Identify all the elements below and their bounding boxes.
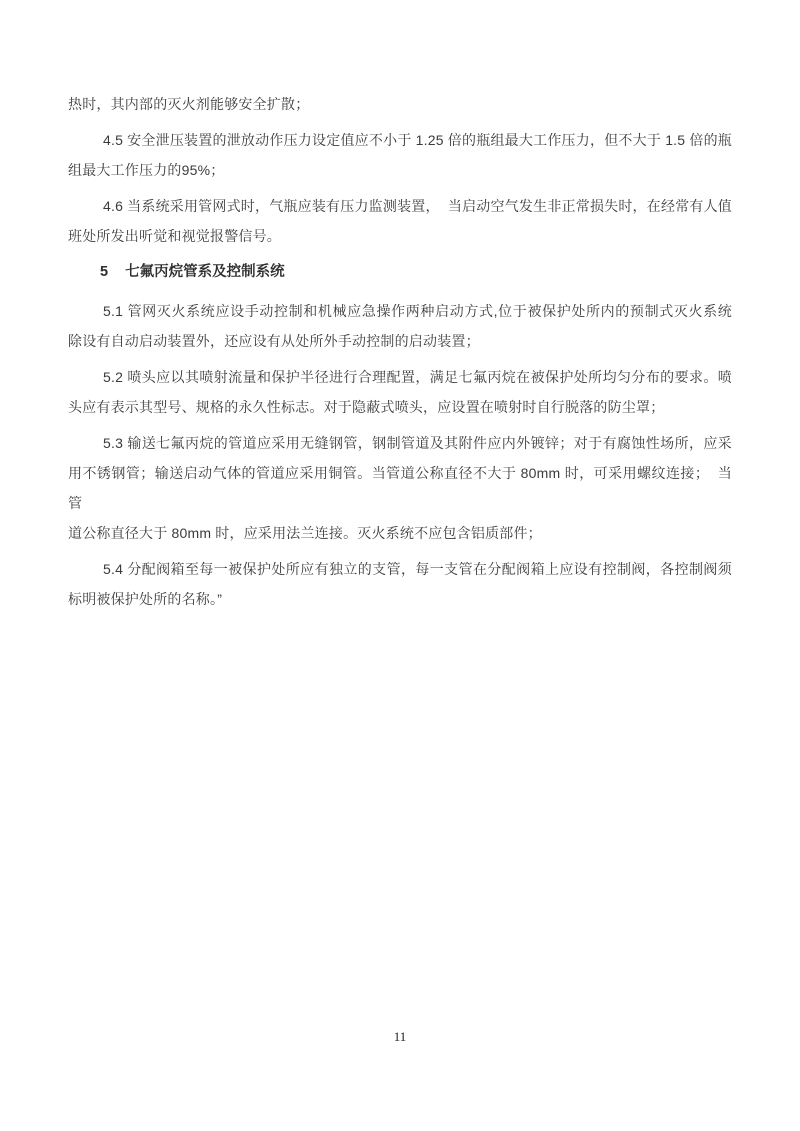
paragraph-4-5: 4.5 安全泄压装置的泄放动作压力设定值应不小于 1.25 倍的瓶组最大工作压力… xyxy=(68,125,732,185)
text-line: 用不锈钢管；输送启动气体的管道应采用铜管。当管道公称直径不大于 80mm 时，可… xyxy=(68,458,732,518)
page-number: 11 xyxy=(394,1029,407,1044)
text-line: 班处所发出听觉和视觉报警信号。 xyxy=(68,221,732,251)
paragraph-4-6: 4.6 当系统采用管网式时，气瓶应装有压力监测装置， 当启动空气发生非正常损失时… xyxy=(68,191,732,251)
text-line: 5.4 分配阀箱至每一被保护处所应有独立的支管，每一支管在分配阀箱上应设有控制阀… xyxy=(68,554,732,584)
paragraph-4-4-continuation: 热时，其内部的灭火剂能够安全扩散； xyxy=(68,89,732,119)
paragraph-5-4: 5.4 分配阀箱至每一被保护处所应有独立的支管，每一支管在分配阀箱上应设有控制阀… xyxy=(68,554,732,614)
text-line: 除设有自动启动装置外，还应设有从处所外手动控制的启动装置； xyxy=(68,326,732,356)
text-line: 标明被保护处所的名称。” xyxy=(68,584,732,614)
text-line: 道公称直径大于 80mm 时，应采用法兰连接。灭火系统不应包含铝质部件； xyxy=(68,518,732,548)
paragraph-5-1: 5.1 管网灭火系统应设手动控制和机械应急操作两种启动方式,位于被保护处所内的预… xyxy=(68,296,732,356)
section-heading-5: 5七氟丙烷管系及控制系统 xyxy=(68,257,732,287)
text-line: 5.3 输送七氟丙烷的管道应采用无缝钢管，钢制管道及其附件应内外镀锌；对于有腐蚀… xyxy=(68,428,732,458)
document-page: 热时，其内部的灭火剂能够安全扩散； 4.5 安全泄压装置的泄放动作压力设定值应不… xyxy=(0,0,800,1131)
text-line: 5.1 管网灭火系统应设手动控制和机械应急操作两种启动方式,位于被保护处所内的预… xyxy=(68,296,732,326)
paragraph-5-3: 5.3 输送七氟丙烷的管道应采用无缝钢管，钢制管道及其附件应内外镀锌；对于有腐蚀… xyxy=(68,428,732,548)
section-title: 七氟丙烷管系及控制系统 xyxy=(125,264,285,280)
text-line: 热时，其内部的灭火剂能够安全扩散； xyxy=(68,89,732,119)
text-line: 4.6 当系统采用管网式时，气瓶应装有压力监测装置， 当启动空气发生非正常损失时… xyxy=(68,191,732,221)
page-footer: 11 xyxy=(0,1028,800,1046)
page-content: 热时，其内部的灭火剂能够安全扩散； 4.5 安全泄压装置的泄放动作压力设定值应不… xyxy=(68,89,732,620)
text-line: 5.2 喷头应以其喷射流量和保护半径进行合理配置，满足七氟丙烷在被保护处所均匀分… xyxy=(68,362,732,392)
text-line: 组最大工作压力的95%； xyxy=(68,155,732,185)
paragraph-5-2: 5.2 喷头应以其喷射流量和保护半径进行合理配置，满足七氟丙烷在被保护处所均匀分… xyxy=(68,362,732,422)
text-line: 头应有表示其型号、规格的永久性标志。对于隐蔽式喷头，应设置在喷射时自行脱落的防尘… xyxy=(68,392,732,422)
section-number: 5 xyxy=(100,257,108,287)
text-line: 4.5 安全泄压装置的泄放动作压力设定值应不小于 1.25 倍的瓶组最大工作压力… xyxy=(68,125,732,155)
